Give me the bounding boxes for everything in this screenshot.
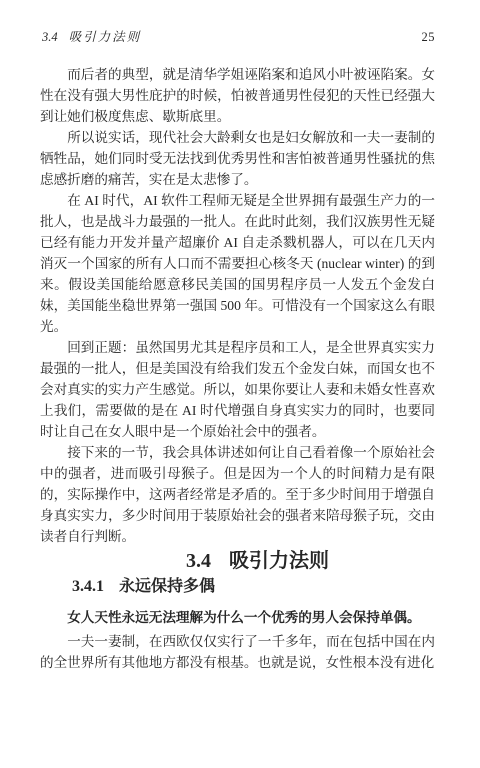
running-section-name: 吸引力法则 xyxy=(69,30,142,44)
body-paragraph: 所以说实话，现代社会大龄剩女也是妇女解放和一夫一妻制的牺牲品，她们同时受无法找到… xyxy=(40,127,435,190)
section-number: 3.4 xyxy=(186,550,211,572)
body-paragraph: 在 AI 时代，AI 软件工程师无疑是全世界拥有最强生产力的一批人，也是战斗力最… xyxy=(40,190,435,337)
page-number: 25 xyxy=(422,30,436,45)
subsection-heading: 3.4.1永远保持多偶 xyxy=(40,575,435,599)
section-title: 吸引力法则 xyxy=(229,550,329,572)
subsection-number: 3.4.1 xyxy=(72,578,104,595)
running-section-title: 3.4吸引力法则 xyxy=(42,30,141,45)
running-section-number: 3.4 xyxy=(42,30,58,44)
subsection-title: 永远保持多偶 xyxy=(119,578,215,595)
body-paragraph: 接下来的一节，我会具体讲述如何让自己看着像一个原始社会中的强者，进而吸引母猴子。… xyxy=(40,442,435,547)
body-paragraph: 而后者的典型，就是清华学姐诬陷案和追风小叶被诬陷案。女性在没有强大男性庇护的时候… xyxy=(40,64,435,127)
running-header: 3.4吸引力法则 25 xyxy=(42,30,435,45)
bold-statement-paragraph: 女人天性永远无法理解为什么一个优秀的男人会保持单偶。 xyxy=(40,607,435,628)
page-body: 而后者的典型，就是清华学姐诬陷案和追风小叶被诬陷案。女性在没有强大男性庇护的时候… xyxy=(40,64,435,673)
book-page: 3.4吸引力法则 25 而后者的典型，就是清华学姐诬陷案和追风小叶被诬陷案。女性… xyxy=(0,0,480,768)
closing-paragraph: 一夫一妻制，在西欧仅仅实行了一千多年，而在包括中国在内的全世界所有其他地方都没有… xyxy=(40,631,435,673)
body-paragraph: 回到正题：虽然国男尤其是程序员和工人，是全世界真实实力最强的一批人，但是美国没有… xyxy=(40,337,435,442)
section-heading: 3.4吸引力法则 xyxy=(40,547,435,575)
